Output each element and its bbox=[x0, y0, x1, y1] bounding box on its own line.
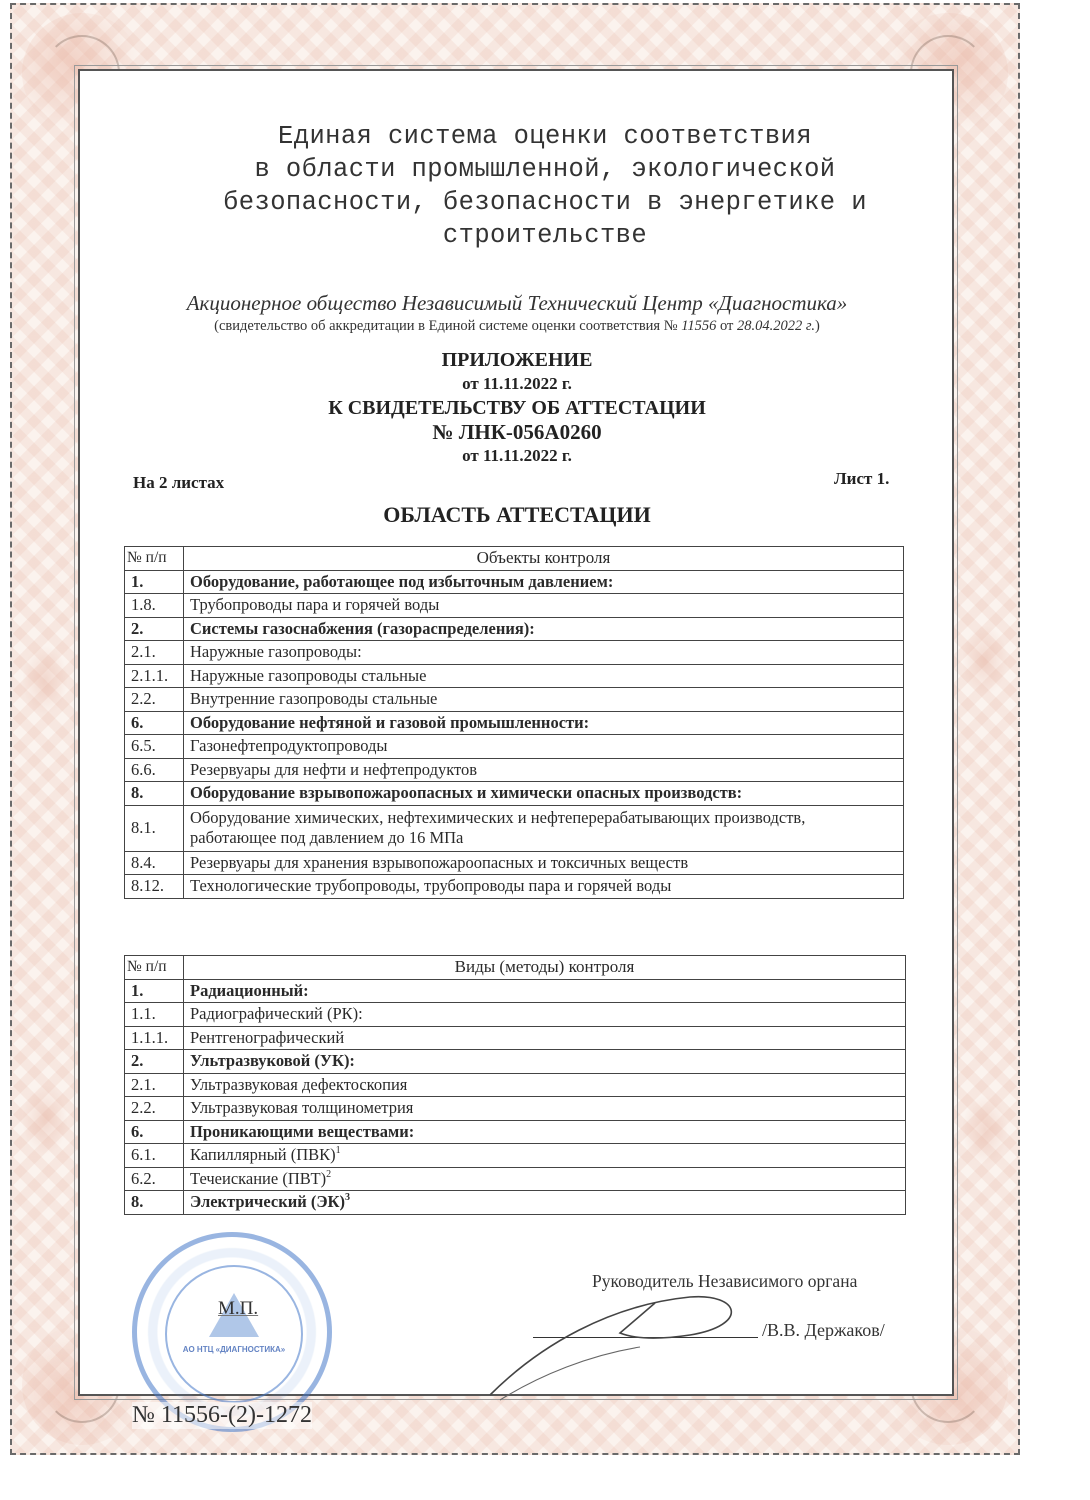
row-text-main: Капиллярный (ПВК) bbox=[190, 1145, 336, 1164]
row-number: 6.5. bbox=[125, 735, 184, 759]
row-number: 6.6. bbox=[125, 758, 184, 782]
row-text-line: работающее под давлением до 16 МПа bbox=[190, 828, 897, 848]
table-row: 2.Системы газоснабжения (газораспределен… bbox=[125, 617, 904, 641]
row-number: 8. bbox=[125, 1191, 184, 1215]
row-text: Резервуары для нефти и нефтепродуктов bbox=[184, 758, 904, 782]
row-text: Оборудование взрывопожароопасных и химич… bbox=[184, 782, 904, 806]
row-number: 8. bbox=[125, 782, 184, 806]
table-row: 2.Ультразвуковой (УК): bbox=[125, 1050, 906, 1074]
signatory-name: /В.В. Держаков/ bbox=[762, 1320, 885, 1341]
row-text: Наружные газопроводы стальные bbox=[184, 664, 904, 688]
side-ornament-right-1 bbox=[962, 625, 1008, 695]
handwritten-signature-icon bbox=[480, 1285, 760, 1405]
column-header-methods: Виды (методы) контроля bbox=[184, 956, 906, 980]
table-row: 6.2.Течеискание (ПВТ)2 bbox=[125, 1167, 906, 1191]
table-row: 1.Радиационный: bbox=[125, 979, 906, 1003]
certificate-number: № ЛНК-056А0260 bbox=[0, 420, 1034, 444]
row-text-line: Оборудование химических, нефтехимических… bbox=[190, 808, 897, 828]
seal-place-label: М.П. bbox=[218, 1298, 258, 1320]
table-row: 2.1.Наружные газопроводы: bbox=[125, 641, 904, 665]
row-text: Резервуары для хранения взрывопожароопас… bbox=[184, 851, 904, 875]
row-text: Газонефтепродуктопроводы bbox=[184, 735, 904, 759]
side-ornament-left-1 bbox=[22, 645, 68, 715]
row-text: Ультразвуковая дефектоскопия bbox=[184, 1073, 906, 1097]
row-number: 2.1.1. bbox=[125, 664, 184, 688]
row-number: 2. bbox=[125, 1050, 184, 1074]
objects-of-control-table: № п/п Объекты контроля 1.Оборудование, р… bbox=[124, 546, 904, 899]
table-row: 1.Оборудование, работающее под избыточны… bbox=[125, 570, 904, 594]
title-line: Единая система оценки соответствия bbox=[0, 120, 1090, 153]
row-text: Оборудование нефтяной и газовой промышле… bbox=[184, 711, 904, 735]
organization-name: Акционерное общество Независимый Техниче… bbox=[0, 291, 1034, 316]
table-row: 2.2.Ультразвуковая толщинометрия bbox=[125, 1097, 906, 1121]
row-number: 1.1. bbox=[125, 1003, 184, 1027]
row-number: 2.2. bbox=[125, 1097, 184, 1121]
table-header-row: № п/п Виды (методы) контроля bbox=[125, 956, 906, 980]
table-row: 8.1. Оборудование химических, нефтехимич… bbox=[125, 805, 904, 851]
row-number: 1.8. bbox=[125, 594, 184, 618]
registration-number: № 11556-(2)-1272 bbox=[132, 1402, 312, 1429]
row-text: Внутренние газопроводы стальные bbox=[184, 688, 904, 712]
footnote-marker: 1 bbox=[336, 1145, 341, 1156]
row-text: Течеискание (ПВТ)2 bbox=[184, 1167, 906, 1191]
table-row: 8.4.Резервуары для хранения взрывопожаро… bbox=[125, 851, 904, 875]
accreditation-suffix: ) bbox=[815, 318, 820, 334]
footnote-marker: 3 bbox=[345, 1192, 350, 1203]
table-row: 8.Электрический (ЭК)3 bbox=[125, 1191, 906, 1215]
side-ornament-right-2 bbox=[962, 1095, 1008, 1165]
certificate-date: от 11.11.2022 г. bbox=[0, 444, 1034, 468]
system-title: Единая система оценки соответствия в обл… bbox=[0, 120, 1090, 252]
row-number: 6. bbox=[125, 1120, 184, 1144]
stamp-inner-ring: АО НТЦ «ДИАГНОСТИКА» bbox=[165, 1265, 303, 1403]
table-row: 8.12.Технологические трубопроводы, трубо… bbox=[125, 875, 904, 899]
row-number: 8.12. bbox=[125, 875, 184, 899]
table-row: 6.Проникающими веществами: bbox=[125, 1120, 906, 1144]
row-number: 1. bbox=[125, 979, 184, 1003]
row-number: 1. bbox=[125, 570, 184, 594]
certificate-reference: К СВИДЕТЕЛЬСТВУ ОБ АТТЕСТАЦИИ bbox=[0, 396, 1034, 420]
table-row: 6.1.Капиллярный (ПВК)1 bbox=[125, 1144, 906, 1168]
table-row: 2.1.Ультразвуковая дефектоскопия bbox=[125, 1073, 906, 1097]
row-number: 2.1. bbox=[125, 641, 184, 665]
row-number: 2.2. bbox=[125, 688, 184, 712]
accreditation-prefix: (свидетельство об аккредитации в Единой … bbox=[214, 318, 677, 334]
table-row: 8.Оборудование взрывопожароопасных и хим… bbox=[125, 782, 904, 806]
stamp-center-text: АО НТЦ «ДИАГНОСТИКА» bbox=[167, 1345, 301, 1354]
column-header-objects: Объекты контроля bbox=[184, 547, 904, 571]
row-text: Технологические трубопроводы, трубопрово… bbox=[184, 875, 904, 899]
row-text: Капиллярный (ПВК)1 bbox=[184, 1144, 906, 1168]
row-text: Радиационный: bbox=[184, 979, 906, 1003]
row-text: Ультразвуковой (УК): bbox=[184, 1050, 906, 1074]
row-number: 1.1.1. bbox=[125, 1026, 184, 1050]
appendix-label: ПРИЛОЖЕНИЕ bbox=[0, 348, 1034, 372]
accreditation-note: (свидетельство об аккредитации в Единой … bbox=[0, 318, 1034, 335]
footnote-marker: 2 bbox=[326, 1169, 331, 1180]
table-row: 6.Оборудование нефтяной и газовой промыш… bbox=[125, 711, 904, 735]
control-methods-table: № п/п Виды (методы) контроля 1.Радиацион… bbox=[124, 955, 906, 1215]
accreditation-date: 28.04.2022 г. bbox=[737, 318, 815, 334]
row-text: Радиографический (РК): bbox=[184, 1003, 906, 1027]
table-row: 1.8.Трубопроводы пара и горячей воды bbox=[125, 594, 904, 618]
section-title: ОБЛАСТЬ АТТЕСТАЦИИ bbox=[0, 502, 1034, 528]
title-line: в области промышленной, экологической bbox=[0, 153, 1090, 186]
table-row: 1.1.1.Рентгенографический bbox=[125, 1026, 906, 1050]
row-number: 6.2. bbox=[125, 1167, 184, 1191]
row-text: Рентгенографический bbox=[184, 1026, 906, 1050]
row-text: Наружные газопроводы: bbox=[184, 641, 904, 665]
total-sheets: На 2 листах bbox=[133, 473, 224, 493]
row-text: Ультразвуковая толщинометрия bbox=[184, 1097, 906, 1121]
column-header-number: № п/п bbox=[125, 547, 184, 571]
side-ornament-left-2 bbox=[22, 1085, 68, 1155]
appendix-heading: ПРИЛОЖЕНИЕ от 11.11.2022 г. К СВИДЕТЕЛЬС… bbox=[0, 348, 1034, 468]
row-number: 2. bbox=[125, 617, 184, 641]
table-row: 1.1.Радиографический (РК): bbox=[125, 1003, 906, 1027]
table-row: 6.6.Резервуары для нефти и нефтепродукто… bbox=[125, 758, 904, 782]
row-number: 2.1. bbox=[125, 1073, 184, 1097]
row-text: Трубопроводы пара и горячей воды bbox=[184, 594, 904, 618]
row-text: Системы газоснабжения (газораспределения… bbox=[184, 617, 904, 641]
appendix-date: от 11.11.2022 г. bbox=[0, 372, 1034, 396]
row-number: 8.4. bbox=[125, 851, 184, 875]
title-line: безопасности, безопасности в энергетике … bbox=[0, 186, 1090, 219]
row-text-main: Течеискание (ПВТ) bbox=[190, 1169, 326, 1188]
table-header-row: № п/п Объекты контроля bbox=[125, 547, 904, 571]
current-sheet: Лист 1. bbox=[834, 469, 889, 489]
table-row: 6.5.Газонефтепродуктопроводы bbox=[125, 735, 904, 759]
table-row: 2.2.Внутренние газопроводы стальные bbox=[125, 688, 904, 712]
table-row: 2.1.1.Наружные газопроводы стальные bbox=[125, 664, 904, 688]
row-number: 8.1. bbox=[125, 805, 184, 851]
row-text: Оборудование, работающее под избыточным … bbox=[184, 570, 904, 594]
column-header-number: № п/п bbox=[125, 956, 184, 980]
row-text: Проникающими веществами: bbox=[184, 1120, 906, 1144]
row-number: 6. bbox=[125, 711, 184, 735]
row-number: 6.1. bbox=[125, 1144, 184, 1168]
row-text-main: Электрический (ЭК) bbox=[190, 1192, 345, 1211]
accreditation-number: 11556 bbox=[681, 318, 716, 334]
row-text: Оборудование химических, нефтехимических… bbox=[184, 805, 904, 851]
title-line: строительстве bbox=[0, 219, 1090, 252]
row-text: Электрический (ЭК)3 bbox=[184, 1191, 906, 1215]
accreditation-mid: от bbox=[720, 318, 733, 334]
